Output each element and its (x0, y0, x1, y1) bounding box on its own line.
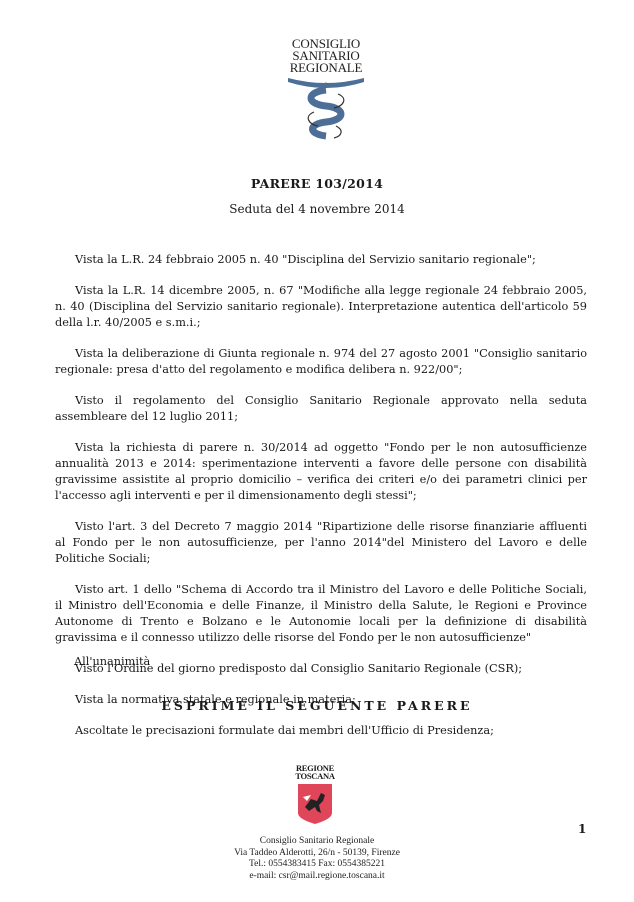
paragraph: Vista la deliberazione di Giunta regiona… (55, 346, 587, 378)
section-heading: ESPRIME IL SEGUENTE PARERE (0, 698, 634, 713)
footer-contact: Consiglio Sanitario Regionale Via Taddeo… (0, 836, 634, 882)
region-line-2: TOSCANA (285, 772, 345, 780)
logo-line-3: REGIONALE (283, 62, 369, 74)
paragraph: Visto il regolamento del Consiglio Sanit… (55, 393, 587, 425)
paragraph: Visto art. 1 dello "Schema di Accordo tr… (55, 582, 587, 646)
footer-address: Via Taddeo Alderotti, 26/n - 50139, Fire… (0, 848, 634, 860)
paragraph: Vista la L.R. 14 dicembre 2005, n. 67 "M… (55, 283, 587, 331)
paragraph: Ascoltate le precisazioni formulate dai … (55, 723, 587, 739)
csr-logo: CONSIGLIO SANITARIO REGIONALE (283, 38, 369, 140)
paragraph: Vista la L.R. 24 febbraio 2005 n. 40 "Di… (55, 252, 587, 268)
pegasus-shield-icon (297, 783, 333, 825)
unanimity-text: All'unanimità (74, 655, 150, 668)
paragraph: Vista la richiesta di parere n. 30/2014 … (55, 440, 587, 504)
document-body: Vista la L.R. 24 febbraio 2005 n. 40 "Di… (55, 252, 587, 754)
footer-org: Consiglio Sanitario Regionale (0, 836, 634, 848)
document-title: PARERE 103/2014 (0, 176, 634, 191)
paragraph: Visto l'art. 3 del Decreto 7 maggio 2014… (55, 519, 587, 567)
session-date: Seduta del 4 novembre 2014 (0, 202, 634, 216)
footer-email: e-mail: csr@mail.regione.toscana.it (0, 871, 634, 883)
page-number: 1 (578, 822, 586, 836)
regione-toscana-logo: REGIONE TOSCANA (285, 764, 345, 825)
footer-phone-fax: Tel.: 0554383415 Fax: 0554385221 (0, 859, 634, 871)
caduceus-icon (286, 76, 366, 140)
